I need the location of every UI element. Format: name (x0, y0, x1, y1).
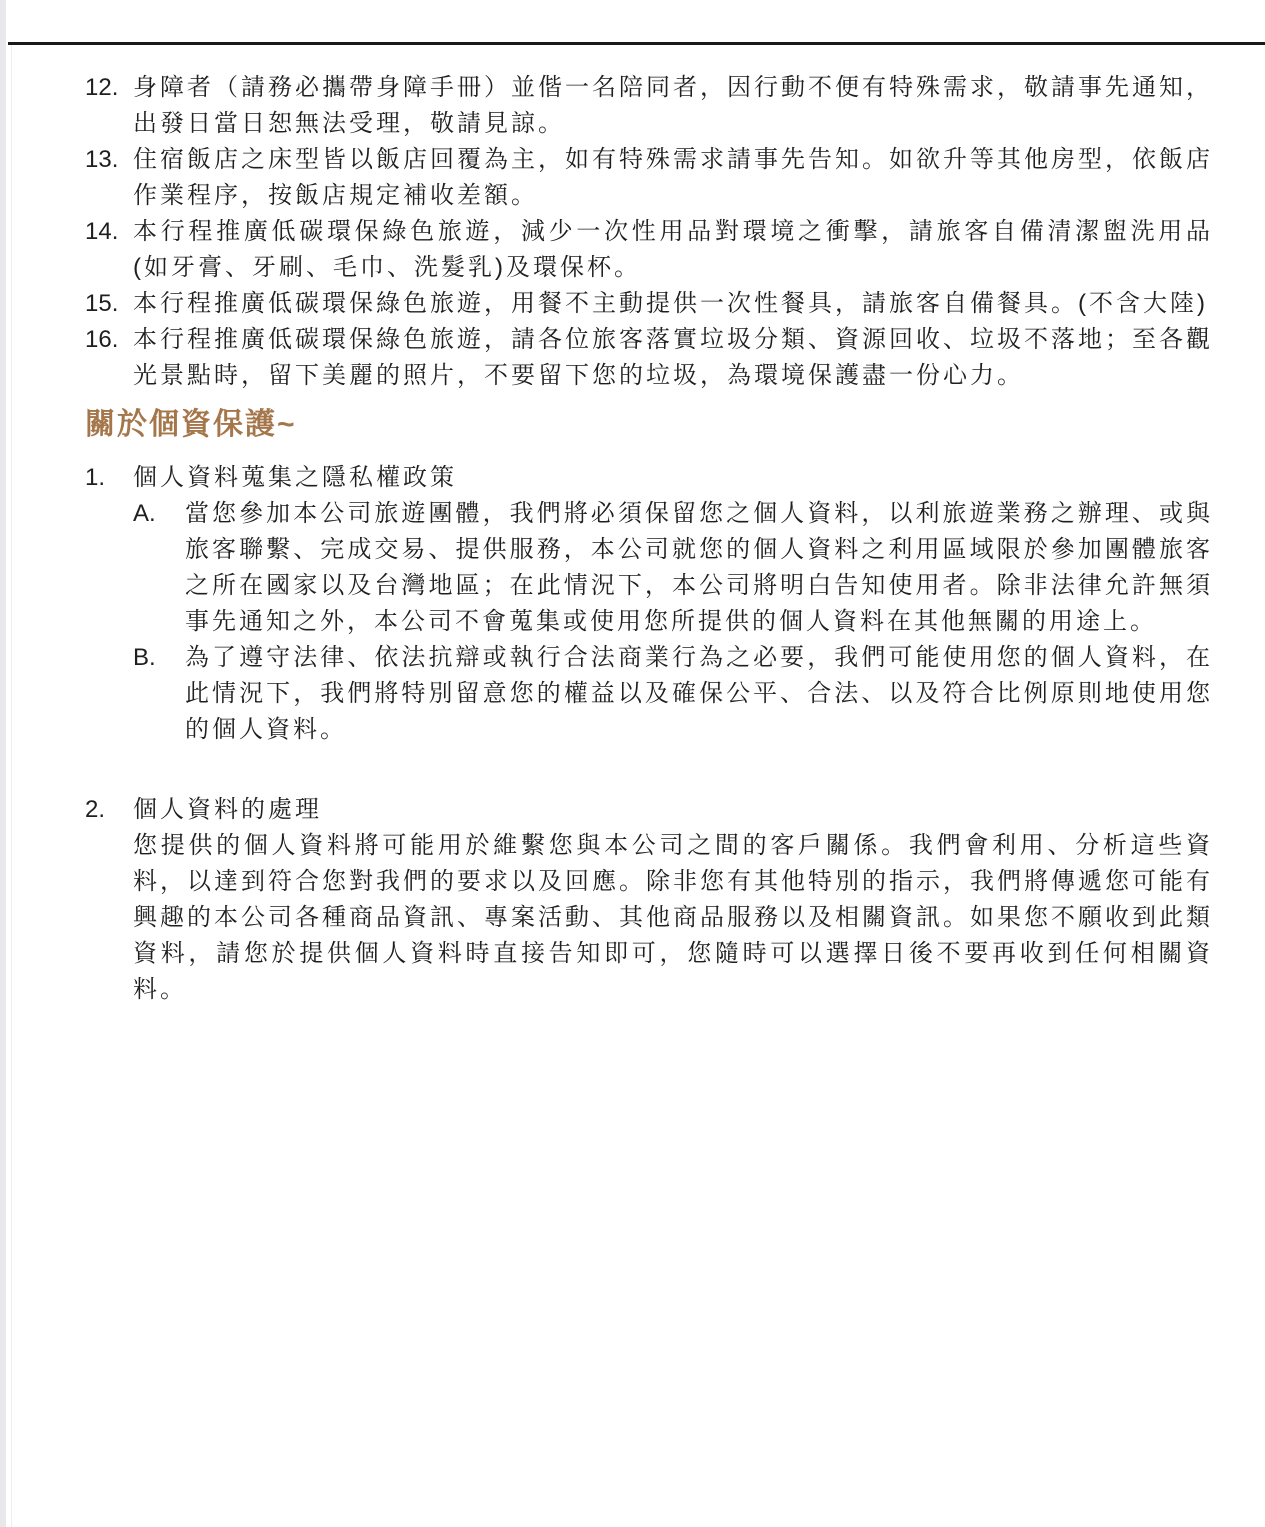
list-item: 14. 本行程推廣低碳環保綠色旅遊，減少一次性用品對環境之衝擊，請旅客自備清潔盥… (85, 214, 1213, 286)
list-item-text: 本行程推廣低碳環保綠色旅遊，用餐不主動提供一次性餐具，請旅客自備餐具。(不含大陸… (133, 286, 1213, 322)
section-body: 個人資料的處理 您提供的個人資料將可能用於維繫您與本公司之間的客戶關係。我們會利… (133, 792, 1213, 1008)
list-item: 16. 本行程推廣低碳環保綠色旅遊，請各位旅客落實垃圾分類、資源回收、垃圾不落地… (85, 322, 1213, 394)
content-left-border (11, 45, 12, 1527)
list-item-number: 13. (85, 142, 133, 178)
section-number: 2. (85, 792, 133, 828)
sub-item: A. 當您參加本公司旅遊團體，我們將必須保留您之個人資料，以利旅遊業務之辦理、或… (133, 496, 1213, 640)
section-body: 個人資料蒐集之隱私權政策 A. 當您參加本公司旅遊團體，我們將必須保留您之個人資… (133, 460, 1213, 748)
list-item-number: 16. (85, 322, 133, 358)
list-item-text: 本行程推廣低碳環保綠色旅遊，請各位旅客落實垃圾分類、資源回收、垃圾不落地；至各觀… (133, 322, 1213, 394)
general-notes-list: 12. 身障者（請務必攜帶身障手冊）並偕一名陪同者，因行動不便有特殊需求，敬請事… (85, 70, 1213, 394)
document-area: 12. 身障者（請務必攜帶身障手冊）並偕一名陪同者，因行動不便有特殊需求，敬請事… (6, 0, 1265, 1527)
privacy-section-processing: 2. 個人資料的處理 您提供的個人資料將可能用於維繫您與本公司之間的客戶關係。我… (85, 792, 1213, 1008)
document-content: 12. 身障者（請務必攜帶身障手冊）並偕一名陪同者，因行動不便有特殊需求，敬請事… (85, 45, 1213, 1008)
section-text: 您提供的個人資料將可能用於維繫您與本公司之間的客戶關係。我們會利用、分析這些資料… (133, 828, 1213, 1008)
list-item: 15. 本行程推廣低碳環保綠色旅遊，用餐不主動提供一次性餐具，請旅客自備餐具。(… (85, 286, 1213, 322)
list-item: 13. 住宿飯店之床型皆以飯店回覆為主，如有特殊需求請事先告知。如欲升等其他房型… (85, 142, 1213, 214)
list-item-number: 15. (85, 286, 133, 322)
list-item-text: 身障者（請務必攜帶身障手冊）並偕一名陪同者，因行動不便有特殊需求，敬請事先通知，… (133, 70, 1213, 142)
sub-item-label: B. (133, 640, 185, 676)
section-title: 個人資料的處理 (133, 792, 1213, 828)
section-number: 1. (85, 460, 133, 496)
sub-item-label: A. (133, 496, 185, 532)
list-item-number: 12. (85, 70, 133, 106)
privacy-section-collection: 1. 個人資料蒐集之隱私權政策 A. 當您參加本公司旅遊團體，我們將必須保留您之… (85, 460, 1213, 748)
list-item: 12. 身障者（請務必攜帶身障手冊）並偕一名陪同者，因行動不便有特殊需求，敬請事… (85, 70, 1213, 142)
document-page: 12. 身障者（請務必攜帶身障手冊）並偕一名陪同者，因行動不便有特殊需求，敬請事… (0, 0, 1265, 1527)
list-item-text: 本行程推廣低碳環保綠色旅遊，減少一次性用品對環境之衝擊，請旅客自備清潔盥洗用品(… (133, 214, 1213, 286)
sub-item-text: 為了遵守法律、依法抗辯或執行合法商業行為之必要，我們可能使用您的個人資料，在此情… (185, 640, 1213, 748)
list-item-number: 14. (85, 214, 133, 250)
sub-item: B. 為了遵守法律、依法抗辯或執行合法商業行為之必要，我們可能使用您的個人資料，… (133, 640, 1213, 748)
section-title: 個人資料蒐集之隱私權政策 (133, 460, 1213, 496)
privacy-section-heading: 關於個資保護~ (85, 406, 1213, 444)
sub-item-text: 當您參加本公司旅遊團體，我們將必須保留您之個人資料，以利旅遊業務之辦理、或與旅客… (185, 496, 1213, 640)
list-item-text: 住宿飯店之床型皆以飯店回覆為主，如有特殊需求請事先告知。如欲升等其他房型，依飯店… (133, 142, 1213, 214)
